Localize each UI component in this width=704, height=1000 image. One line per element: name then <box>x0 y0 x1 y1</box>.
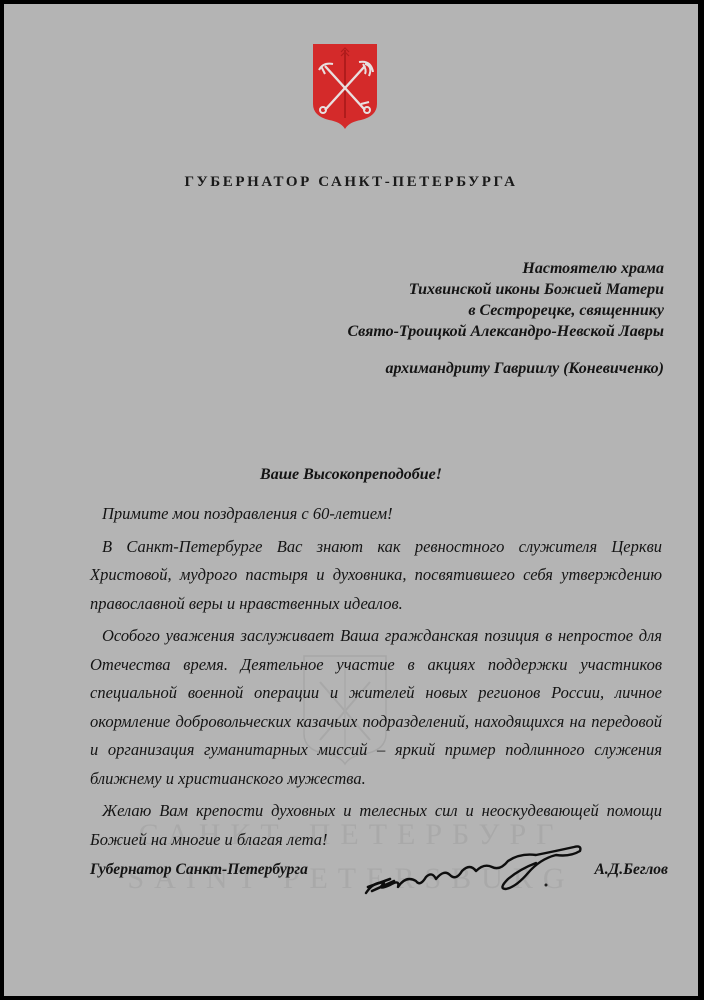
handwritten-signature-icon <box>360 841 590 901</box>
signatory-title: Губернатор Санкт-Петербурга <box>90 861 308 879</box>
body-paragraph: В Санкт-Петербурге Вас знают как ревност… <box>90 533 662 619</box>
addressee-line: Тихвинской иконы Божией Матери <box>347 279 664 300</box>
body-paragraph: Примите мои поздравления с 60-летием! <box>90 500 662 529</box>
letter-page: ГУБЕРНАТОР САНКТ-ПЕТЕРБУРГА Настоятелю х… <box>4 4 698 996</box>
addressee-name: архимандриту Гавриилу (Коневиченко) <box>347 358 664 379</box>
letterhead-title: ГУБЕРНАТОР САНКТ-ПЕТЕРБУРГА <box>4 174 698 191</box>
signatory-name: А.Д.Беглов <box>594 861 668 879</box>
body-paragraph: Особого уважения заслуживает Ваша гражда… <box>90 622 662 793</box>
addressee-line: Свято-Троицкой Александро-Невской Лавры <box>347 321 664 342</box>
addressee-line: Настоятелю храма <box>347 258 664 279</box>
addressee-line: в Сестрорецке, священнику <box>347 300 664 321</box>
salutation: Ваше Высокопреподобие! <box>4 466 698 484</box>
addressee-block: Настоятелю храма Тихвинской иконы Божией… <box>347 258 664 379</box>
letter-body: Примите мои поздравления с 60-летием! В … <box>90 500 662 858</box>
signature-block: Губернатор Санкт-Петербурга А.Д.Беглов <box>90 849 668 889</box>
coat-of-arms-icon <box>311 42 379 130</box>
